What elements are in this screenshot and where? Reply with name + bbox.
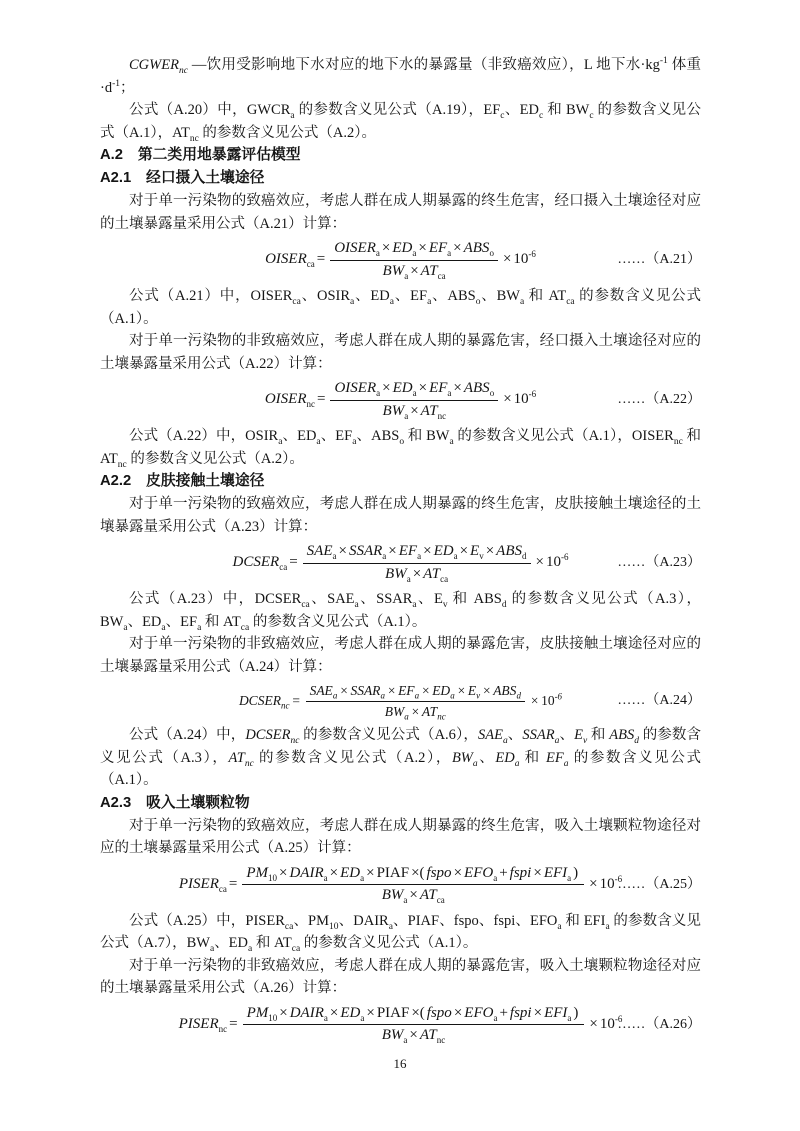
exponent: -6: [555, 692, 563, 702]
operator: =: [317, 390, 325, 410]
formula-variable: OISERa: [334, 380, 380, 396]
paragraph-formula-a20-params: 公式（A.20）中，GWCRa 的参数含义见公式（A.19），EFc、EDc 和…: [100, 99, 701, 144]
formula-variable: PISERca: [179, 875, 227, 895]
paragraph-a25-intro: 对于单一污染物的致癌效应，考虑人群在成人期暴露的终生危害，吸入土壤颗粒物途径对应…: [100, 815, 701, 860]
text-run: —饮用受影响地下水对应的地下水的暴露量（非致癌效应），L 地下水·kg: [188, 57, 660, 73]
document-page: CGWERnc —饮用受影响地下水对应的地下水的暴露量（非致癌效应），L 地下水…: [0, 0, 800, 1131]
operator: =: [291, 692, 300, 710]
formula-variable: PM10: [246, 865, 277, 881]
subscript: ca: [437, 895, 445, 905]
exponent: -6: [529, 389, 537, 399]
subscript: a: [404, 711, 409, 721]
text-run: 的参数含义见公式（A.1）。: [300, 935, 477, 951]
exponent: -6: [561, 552, 569, 562]
text-run: 和 ABS: [448, 591, 502, 607]
text-run: 、ED: [354, 288, 390, 304]
formula-variable: PIAF: [377, 865, 410, 881]
operator: ×: [419, 380, 427, 396]
heading-a2-3: A2.3 吸入土壤颗粒物: [100, 792, 701, 815]
text-run: 、E: [417, 591, 443, 607]
operator: ×: [530, 692, 539, 710]
formula-a21: OISERca=OISERa×EDa×EFa×ABSoBWa×ATca×10-6…: [100, 238, 701, 282]
text-run: 和 BW: [543, 102, 589, 118]
operator: ×: [411, 704, 420, 719]
text-run: 的参数含义见公式（A.19），EF: [295, 102, 501, 118]
formula-variable: BWa: [385, 704, 409, 719]
variable-text: CGWER: [129, 57, 179, 73]
text-run: ca: [292, 297, 300, 307]
formula-variable: BWa: [383, 403, 409, 419]
paragraph-a21-params: 公式（A.21）中，OISERca、OSIRa、EDa、EFa、ABSo、BWa…: [100, 285, 701, 330]
subscript: a: [403, 1035, 407, 1045]
numerator: PM10×DAIRa×EDa×PIAF×(fspo×EFOa+fspi×EFIa…: [243, 1004, 585, 1026]
operator: ×: [339, 543, 347, 559]
formula-variable: 10-6: [513, 250, 536, 270]
operator: ×: [418, 240, 426, 256]
operator: ×: [453, 380, 461, 396]
text-run: 、EF: [166, 614, 197, 630]
operator: ×: [589, 875, 597, 895]
paragraph-a26-intro: 对于单一污染物的非致癌效应，考虑人群在成人期的暴露危害，吸入土壤颗粒物途径对应的…: [100, 955, 701, 1000]
text-run: 、ABS: [431, 288, 475, 304]
formula-variable: EDa: [434, 543, 458, 559]
formula-variable: 10-6: [546, 553, 569, 573]
text-run: 和: [519, 750, 546, 766]
numerator: OISERa×EDa×EFa×ABSo: [330, 379, 498, 401]
formula-variable: ATca: [421, 263, 446, 279]
text-run: nc: [674, 437, 683, 447]
numerator: PM10×DAIRa×EDa×PIAF×(fspo×EFOa+fspi×EFIa…: [242, 864, 584, 886]
operator: ×: [382, 240, 390, 256]
exponent: -6: [528, 249, 536, 259]
fraction: OISERa×EDa×EFa×ABSoBWa×ATca: [330, 239, 498, 281]
subscript: ca: [438, 271, 446, 281]
text-run: 公式（A.25）中，PISER: [129, 913, 285, 929]
formula-variable: BWa: [385, 566, 411, 582]
operator: ×: [533, 865, 541, 881]
fraction: PM10×DAIRa×EDa×PIAF×(fspo×EFOa+fspi×EFIa…: [243, 1004, 585, 1046]
text-run: 公式（A.24）中，: [129, 727, 245, 743]
variable-text: E: [574, 727, 583, 743]
operator: ×(: [411, 1005, 424, 1021]
formula-expression: OISERnc=OISERa×EDa×EFa×ABSoBWa×ATnc×10-6: [265, 379, 536, 421]
operator: ×: [387, 683, 396, 698]
formula-variable: ATnc: [420, 1027, 445, 1043]
text-run: 的参数含义见公式（A.2），: [254, 750, 452, 766]
fraction: PM10×DAIRa×EDa×PIAF×(fspo×EFOa+fspi×EFIa…: [242, 864, 584, 906]
text-run: 对于单一污染物的非致癌效应，考虑人群在成人期的暴露危害，皮肤接触土壤途径对应的土…: [100, 636, 701, 675]
formula-a23: DCSERca=SAEa×SSARa×EFa×EDa×Ev×ABSdBWa×AT…: [100, 541, 701, 585]
subscript: d: [516, 691, 521, 701]
formula-variable: ATnc: [421, 403, 446, 419]
subscript: a: [380, 691, 385, 701]
operator: ): [573, 865, 578, 881]
subscript: o: [489, 248, 494, 258]
operator: ×: [454, 865, 462, 881]
formula-expression: DCSERnc=SAEa×SSARa×EFa×EDa×Ev×ABSdBWa×AT…: [239, 682, 562, 720]
denominator: BWa×ATnc: [382, 1025, 446, 1046]
formula-variable: ABSo: [464, 240, 494, 256]
operator: ×: [409, 1027, 417, 1043]
subscript: a: [376, 248, 380, 258]
text-run: 对于单一污染物的非致癌效应，考虑人群在成人期的暴露危害，经口摄入土壤途径对应的土…: [100, 333, 701, 372]
text-run: -1: [112, 79, 120, 89]
formula-variable: fspo: [427, 1005, 452, 1021]
text-run: 、ED: [282, 428, 316, 444]
subscript: a: [324, 1013, 328, 1023]
subscript: 10: [268, 873, 277, 883]
operator: ×: [453, 240, 461, 256]
variable-text: nc: [245, 758, 254, 768]
formula-variable: EFIa: [544, 1005, 571, 1021]
page-number: 16: [0, 1056, 800, 1072]
formula-expression: DCSERca=SAEa×SSARa×EFa×EDa×Ev×ABSdBWa×AT…: [233, 542, 569, 584]
paragraph-a21-intro: 对于单一污染物的致癌效应，考虑人群在成人期暴露的终生危害，经口摄入土壤途径对应的…: [100, 190, 701, 235]
operator: ×: [388, 543, 396, 559]
subscript: d: [522, 551, 527, 561]
operator: ×: [589, 1015, 597, 1035]
formula-variable: BWa: [382, 1027, 408, 1043]
operator: ×: [534, 1005, 542, 1021]
operator: ×: [454, 1005, 462, 1021]
formula-expression: OISERca=OISERa×EDa×EFa×ABSoBWa×ATca×10-6: [265, 239, 536, 281]
formula-variable: EFOa: [464, 865, 497, 881]
operator: ×: [457, 683, 466, 698]
text-run: 10: [329, 921, 339, 931]
text-run: 公式（A.21）中，OISER: [129, 288, 292, 304]
heading-a2-2: A2.2 皮肤接触土壤途径: [100, 470, 701, 493]
operator: ×: [536, 553, 544, 573]
fraction: SAEa×SSARa×EFa×EDa×Ev×ABSdBWa×ATca: [303, 542, 531, 584]
subscript: ca: [307, 259, 315, 269]
text-run: 、ED: [128, 614, 162, 630]
paragraph-a24-params: 公式（A.24）中，DCSERnc 的参数含义见公式（A.6），SAEa、SSA…: [100, 724, 701, 792]
formula-number: ……（A.21）: [617, 251, 701, 269]
subscript: a: [360, 873, 364, 883]
text-run: 对于单一污染物的致癌效应，考虑人群在成人期暴露的终生危害，皮肤接触土壤途径的土壤…: [100, 496, 701, 535]
subscript: nc: [219, 1024, 228, 1034]
formula-variable: PISERnc: [179, 1015, 227, 1035]
formula-variable: BWa: [382, 887, 408, 903]
denominator: BWa×ATca: [383, 261, 446, 282]
formula-variable: ATca: [423, 566, 448, 582]
operator: =: [229, 875, 237, 895]
denominator: BWa×ATnc: [385, 702, 446, 721]
text-run: 的参数含义见公式（A.2）。: [127, 451, 304, 467]
text-run: ca: [292, 944, 300, 954]
formula-variable: EFa: [398, 683, 419, 698]
text-run: 和 AT: [201, 614, 240, 630]
text-run: 、ABS: [356, 428, 399, 444]
subscript: nc: [437, 711, 446, 721]
subscript: a: [567, 873, 571, 883]
formula-variable: EDa: [393, 380, 417, 396]
document-body: CGWERnc —饮用受影响地下水对应的地下水的暴露量（非致癌效应），L 地下水…: [100, 54, 701, 1050]
text-run: 、ED: [214, 935, 248, 951]
subscript: ca: [440, 574, 448, 584]
formula-variable: PM10: [247, 1005, 278, 1021]
text-run: 、: [508, 727, 523, 743]
operator: ×: [366, 865, 374, 881]
operator: ×: [482, 683, 491, 698]
text-run: 、SAE: [310, 591, 355, 607]
text-run: ca: [241, 622, 249, 632]
subscript: a: [333, 691, 338, 701]
formula-variable: BWa: [383, 263, 409, 279]
text-run: 、ED: [505, 102, 540, 118]
operator: +: [499, 1005, 507, 1021]
text-run: 、SSAR: [359, 591, 413, 607]
subscript: v: [479, 551, 484, 561]
formula-variable: EFa: [429, 380, 451, 396]
formula-variable: SAEa: [310, 683, 338, 698]
text-run: 公式（A.20）中，GWCR: [129, 102, 290, 118]
formula-variable: SAEa: [307, 543, 337, 559]
subscript: a: [454, 551, 458, 561]
formula-variable: PIAF: [377, 1005, 410, 1021]
formula-variable: EFIa: [544, 865, 571, 881]
denominator: BWa×ATnc: [383, 401, 447, 422]
formula-variable: OISERa: [334, 240, 380, 256]
subscript: nc: [281, 701, 290, 711]
subscript: nc: [307, 399, 316, 409]
heading-a2: A.2 第二类用地暴露评估模型: [100, 144, 701, 167]
formula-a26: PISERnc=PM10×DAIRa×EDa×PIAF×(fspo×EFOa+f…: [100, 1003, 701, 1047]
subscript: v: [476, 691, 480, 701]
formula-a24: DCSERnc=SAEa×SSARa×EFa×EDa×Ev×ABSdBWa×AT…: [100, 681, 701, 721]
text-run: 、BW: [480, 288, 520, 304]
variable-text: ABS: [609, 727, 634, 743]
operator: ×: [503, 390, 511, 410]
operator: ×(: [411, 865, 424, 881]
text-run: 、: [559, 727, 574, 743]
operator: ×: [410, 263, 418, 279]
text-run: ；: [120, 80, 135, 96]
text-run: 和 AT: [252, 935, 291, 951]
text-run: 公式（A.23）中，DCSER: [129, 591, 301, 607]
text-run: 对于单一污染物的致癌效应，考虑人群在成人期暴露的终生危害，吸入土壤颗粒物途径对应…: [100, 818, 701, 857]
formula-variable: DAIRa: [290, 1005, 328, 1021]
text-run: 的参数含义见公式（A.2）。: [199, 125, 376, 141]
formula-variable: EFa: [399, 543, 421, 559]
subscript: a: [447, 248, 451, 258]
text-run: 、DAIR: [339, 913, 389, 929]
numerator: SAEa×SSARa×EFa×EDa×Ev×ABSd: [306, 682, 525, 702]
numerator: SAEa×SSARa×EFa×EDa×Ev×ABSd: [303, 542, 531, 564]
formula-variable: DAIRa: [289, 865, 327, 881]
subscript: a: [493, 1013, 497, 1023]
operator: ×: [330, 865, 338, 881]
subscript: o: [490, 388, 495, 398]
operator: =: [289, 553, 297, 573]
operator: ×: [279, 1005, 287, 1021]
subscript: a: [404, 411, 408, 421]
text-run: -1: [660, 56, 668, 66]
formula-variable: fspo: [427, 865, 452, 881]
subscript: a: [415, 691, 420, 701]
subscript: nc: [438, 411, 447, 421]
operator: =: [229, 1015, 237, 1035]
subscript: a: [407, 574, 411, 584]
formula-variable: ABSo: [464, 380, 494, 396]
formula-variable: EDa: [340, 1005, 364, 1021]
text-run: 、EF: [394, 288, 427, 304]
text-run: 的参数含义见公式（A.1），OISER: [454, 428, 674, 444]
operator: ×: [410, 403, 418, 419]
formula-variable: ABSd: [496, 543, 526, 559]
operator: ×: [279, 865, 287, 881]
paragraph-a23-intro: 对于单一污染物的致癌效应，考虑人群在成人期暴露的终生危害，皮肤接触土壤途径的土壤…: [100, 493, 701, 538]
operator: ×: [503, 250, 511, 270]
variable-text: BW: [452, 750, 473, 766]
operator: ×: [486, 543, 494, 559]
formula-variable: EDa: [340, 865, 364, 881]
operator: ×: [382, 380, 390, 396]
text-run: 、EF: [321, 428, 353, 444]
heading-a2-1: A2.1 经口摄入土壤途径: [100, 167, 701, 190]
formula-variable: OISERca: [265, 250, 315, 270]
text-run: 的参数含义见公式（A.1）。: [249, 614, 426, 630]
operator: ×: [409, 887, 417, 903]
text-run: 和 BW: [404, 428, 449, 444]
formula-variable: ABSd: [493, 683, 521, 698]
formula-variable: OISERnc: [265, 390, 315, 410]
formula-variable: ATnc: [422, 704, 446, 719]
subscript: a: [333, 551, 337, 561]
operator: +: [499, 865, 507, 881]
subscript: a: [447, 388, 451, 398]
paragraph-cgwer-definition: CGWERnc —饮用受影响地下水对应的地下水的暴露量（非致癌效应），L 地下水…: [100, 54, 701, 99]
text-run: 和 AT: [524, 288, 566, 304]
formula-variable: SSARa: [350, 683, 385, 698]
formula-variable: ATca: [420, 887, 445, 903]
formula-expression: PISERca=PM10×DAIRa×EDa×PIAF×(fspo×EFOa+f…: [179, 864, 622, 906]
numerator: OISERa×EDa×EFa×ABSo: [330, 239, 498, 261]
formula-number: ……（A.25）: [617, 875, 701, 893]
paragraph-a22-intro: 对于单一污染物的非致癌效应，考虑人群在成人期的暴露危害，经口摄入土壤途径对应的土…: [100, 330, 701, 375]
formula-variable: 10-6: [541, 692, 562, 710]
variable-text: AT: [228, 750, 244, 766]
paragraph-a23-params: 公式（A.23）中，DCSERca、SAEa、SSARa、Ev 和 ABSd 的…: [100, 588, 701, 633]
text-run: 、: [478, 750, 496, 766]
operator: =: [317, 250, 325, 270]
subscript: a: [567, 1013, 571, 1023]
subscript: a: [404, 271, 408, 281]
text-run: 和 EFI: [562, 913, 606, 929]
formula-variable: EFOa: [464, 1005, 497, 1021]
text-run: nc: [190, 133, 199, 143]
formula-expression: PISERnc=PM10×DAIRa×EDa×PIAF×(fspo×EFOa+f…: [179, 1004, 623, 1046]
variable-text: nc: [179, 66, 188, 76]
operator: ×: [421, 683, 430, 698]
formula-number: ……（A.24）: [617, 692, 701, 710]
denominator: BWa×ATca: [385, 564, 448, 585]
formula-variable: DCSERca: [233, 553, 288, 573]
subscript: a: [412, 248, 416, 258]
text-run: nc: [118, 459, 127, 469]
denominator: BWa×ATca: [382, 885, 445, 906]
formula-variable: EDa: [392, 240, 416, 256]
subscript: ca: [279, 562, 287, 572]
subscript: 10: [268, 1013, 277, 1023]
formula-variable: EFa: [429, 240, 451, 256]
subscript: a: [360, 1013, 364, 1023]
formula-number: ……（A.22）: [617, 391, 701, 409]
operator: ×: [366, 1005, 374, 1021]
formula-variable: SSARa: [349, 543, 386, 559]
formula-variable: Ev: [470, 543, 484, 559]
operator: ×: [460, 543, 468, 559]
operator: ×: [413, 566, 421, 582]
variable-text: SSAR: [522, 727, 554, 743]
operator: ×: [330, 1005, 338, 1021]
fraction: OISERa×EDa×EFa×ABSoBWa×ATnc: [330, 379, 498, 421]
subscript: a: [413, 388, 417, 398]
text-run: 和: [587, 727, 609, 743]
subscript: a: [450, 691, 455, 701]
formula-variable: 10-6: [514, 390, 537, 410]
text-run: 、PM: [293, 913, 329, 929]
text-run: ca: [566, 297, 574, 307]
formula-variable: DCSERnc: [239, 692, 290, 710]
paragraph-a24-intro: 对于单一污染物的非致癌效应，考虑人群在成人期的暴露危害，皮肤接触土壤途径对应的土…: [100, 633, 701, 678]
formula-number: ……（A.26）: [617, 1015, 701, 1033]
variable-text: ED: [495, 750, 514, 766]
formula-a25: PISERca=PM10×DAIRa×EDa×PIAF×(fspo×EFOa+f…: [100, 863, 701, 907]
subscript: a: [403, 895, 407, 905]
text-run: 、PIAF、fspo、fspi、EFO: [393, 913, 557, 929]
operator: ×: [339, 683, 348, 698]
operator: ): [573, 1005, 578, 1021]
subscript: a: [382, 551, 386, 561]
formula-variable: EDa: [432, 683, 455, 698]
variable-text: SAE: [478, 727, 503, 743]
subscript: a: [417, 551, 421, 561]
variable-text: DCSER: [245, 727, 290, 743]
text-run: 公式（A.22）中，OSIR: [129, 428, 278, 444]
paragraph-a25-params: 公式（A.25）中，PISERca、PM10、DAIRa、PIAF、fspo、f…: [100, 910, 701, 955]
formula-variable: fspi: [510, 865, 532, 881]
formula-variable: fspi: [510, 1005, 532, 1021]
operator: ×: [423, 543, 431, 559]
fraction: SAEa×SSARa×EFa×EDa×Ev×ABSdBWa×ATnc: [306, 682, 525, 720]
formula-number: ……（A.23）: [617, 554, 701, 572]
subscript: ca: [219, 884, 227, 894]
formula-variable: Ev: [468, 683, 480, 698]
formula-a22: OISERnc=OISERa×EDa×EFa×ABSoBWa×ATnc×10-6…: [100, 378, 701, 422]
subscript: a: [324, 873, 328, 883]
text-run: 对于单一污染物的非致癌效应，考虑人群在成人期的暴露危害，吸入土壤颗粒物途径对应的…: [100, 958, 701, 997]
text-run: 的参数含义见公式（A.6），: [299, 727, 478, 743]
paragraph-a22-params: 公式（A.22）中，OSIRa、EDa、EFa、ABSo 和 BWa 的参数含义…: [100, 425, 701, 470]
text-run: ca: [301, 600, 309, 610]
text-run: 对于单一污染物的致癌效应，考虑人群在成人期暴露的终生危害，经口摄入土壤途径对应的…: [100, 193, 701, 232]
text-run: 、OSIR: [301, 288, 350, 304]
subscript: a: [376, 388, 380, 398]
variable-text: EF: [546, 750, 564, 766]
subscript: a: [493, 873, 497, 883]
subscript: nc: [437, 1035, 446, 1045]
